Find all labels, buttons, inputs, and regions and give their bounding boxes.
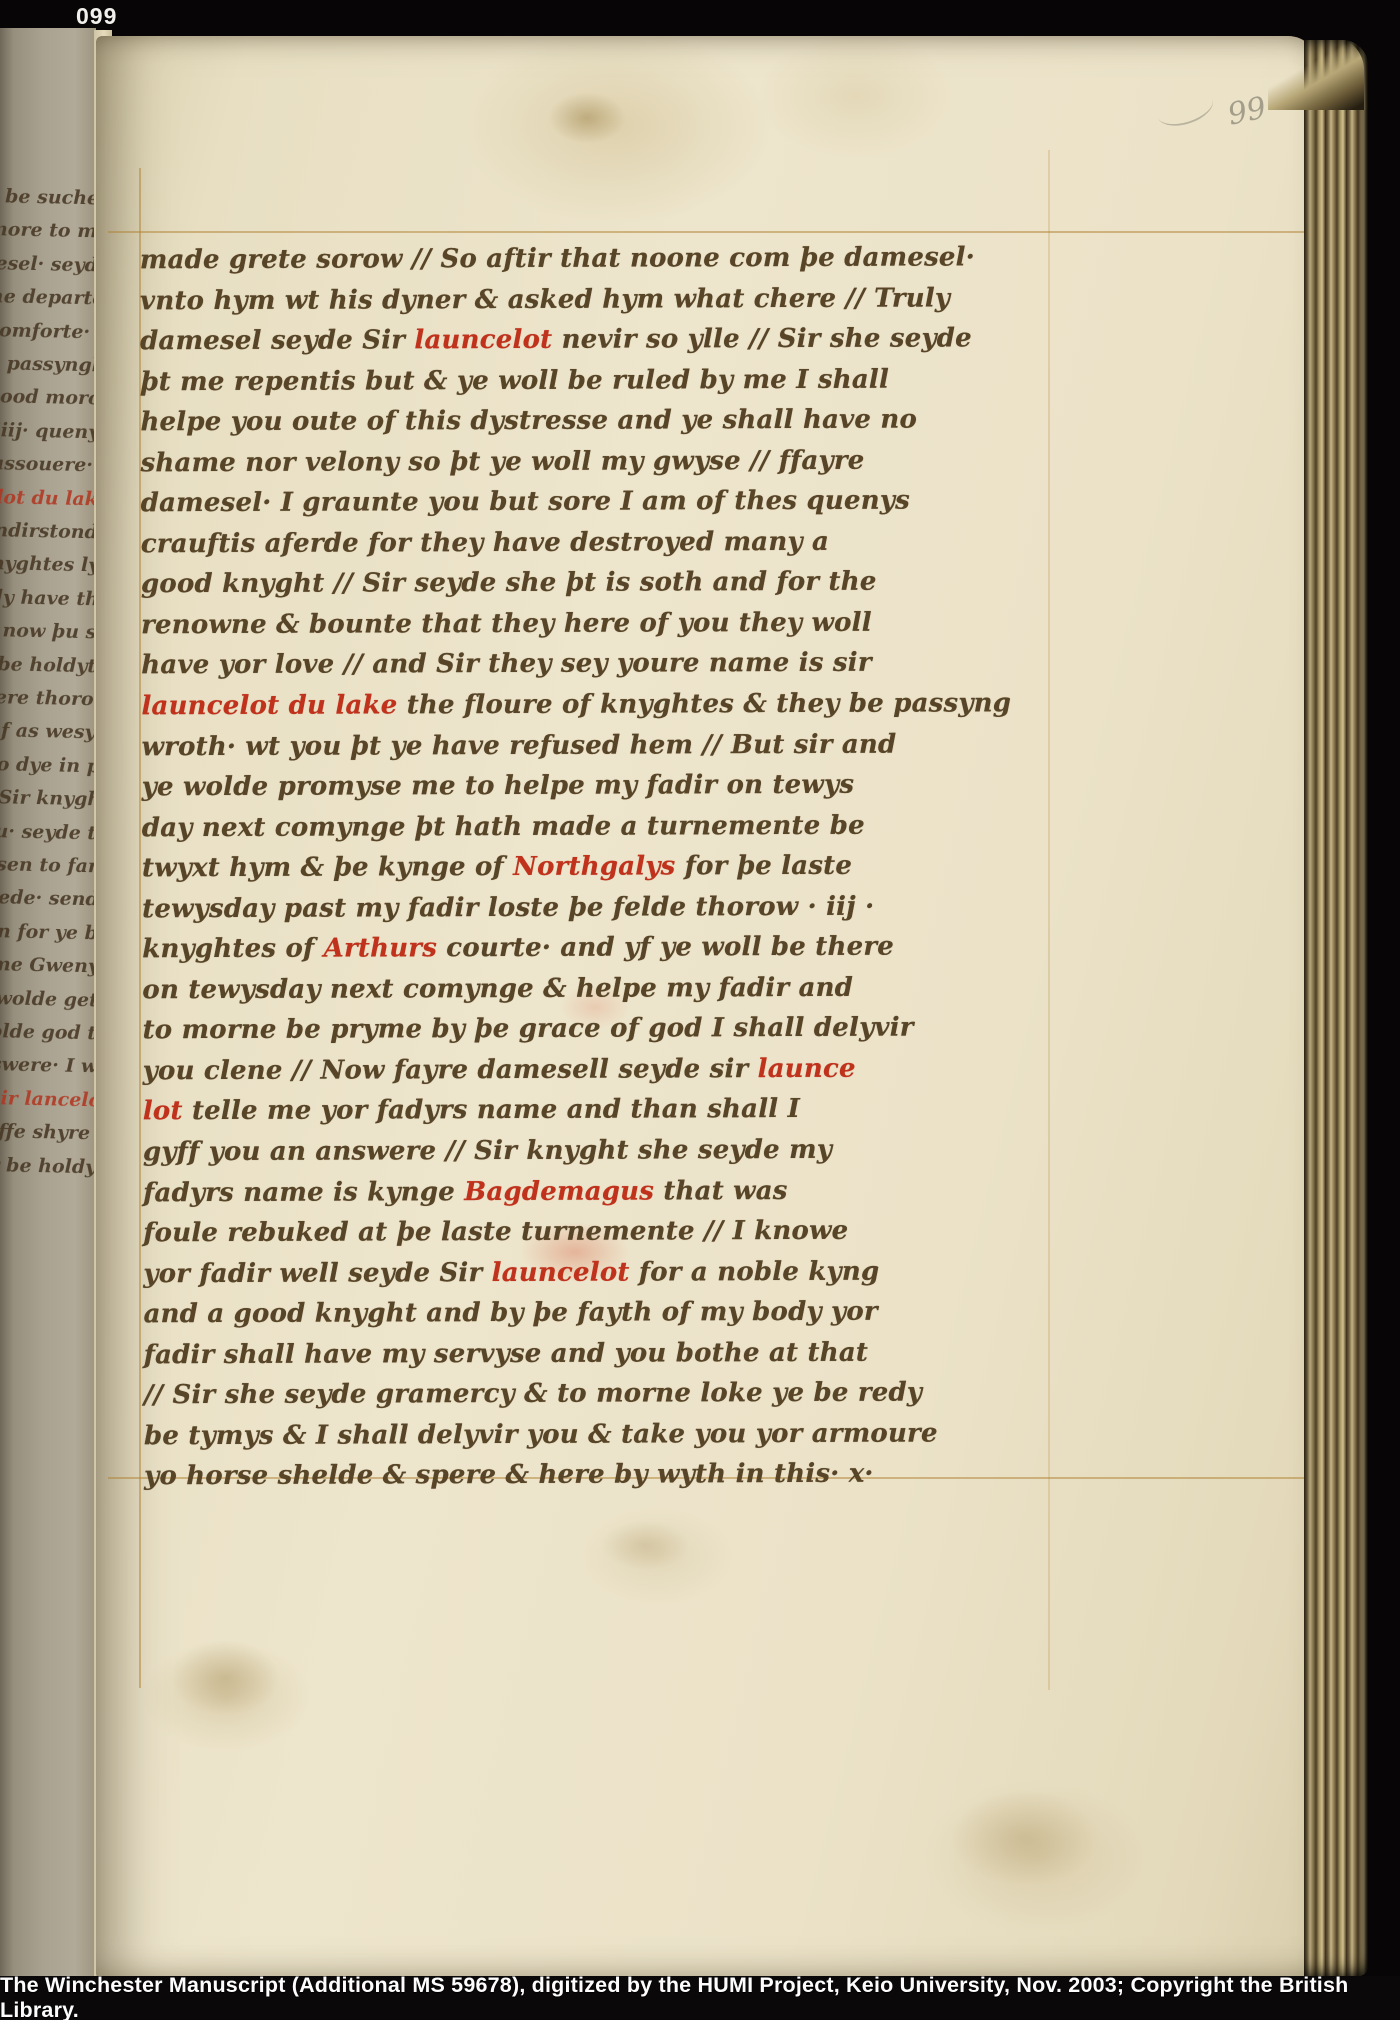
bleed-through-fragment: o she departed d — [0, 285, 96, 310]
rubricated-text: launcelot — [492, 1257, 630, 1287]
manuscript-text-block: made grete sorow // So aftir that noone … — [140, 243, 856, 1502]
ink-text: you clene // Now fayre damesell seyde si… — [143, 1054, 758, 1086]
manuscript-line: launcelot du lake the floure of knyghtes… — [141, 689, 853, 732]
ink-text: be tymys & I shall delyvir you & take yo… — [144, 1418, 938, 1451]
bleed-through-fragment: ame Gwenyv — [0, 953, 96, 978]
manuscript-photo-viewer: 099 t ye be suche an more to moamesel· s… — [0, 0, 1400, 2020]
manuscript-line: tewysday past my fadir loste þe felde th… — [142, 892, 854, 935]
rubricated-text: lot — [143, 1097, 183, 1127]
ink-text: renowne & bounte that they here of you t… — [141, 608, 872, 641]
bleed-through-fragment: celot du lake — [0, 485, 96, 510]
rubricated-text: launce — [758, 1054, 856, 1084]
ink-text: that was — [654, 1176, 788, 1206]
manuscript-line: wroth· wt you þt ye have refused hem // … — [142, 729, 854, 772]
bleed-through-fragment: y comforte· b — [0, 318, 96, 343]
ink-text: for þe laste — [675, 851, 852, 882]
manuscript-line: damesel seyde Sir launcelot nevir so yll… — [140, 324, 852, 367]
ruling-line-right — [1048, 150, 1050, 1690]
bleed-through-fragment: wolde gete — [0, 986, 96, 1011]
manuscript-line: and a good knyght and by þe fayth of my … — [143, 1297, 855, 1340]
ink-text: courte· and yf ye woll be there — [437, 932, 894, 964]
ink-text: foule rebuked at þe laste turnemente // … — [143, 1216, 848, 1248]
bleed-through-fragment: m good morow — [0, 385, 96, 410]
manuscript-line: knyghtes of Arthurs courte· and yf ye wo… — [142, 932, 854, 975]
fore-edge-top-corner — [1268, 36, 1364, 110]
image-sequence-label: 099 — [76, 3, 117, 30]
bleed-through-fragment: you· seyde th — [0, 819, 96, 844]
rubricated-text: launcelot — [414, 325, 552, 355]
manuscript-line: have yor love // and Sir they sey youre … — [141, 648, 853, 691]
manuscript-line: gyff you an answere // Sir knyght she se… — [143, 1135, 855, 1178]
ruling-line-top — [108, 231, 1308, 233]
ink-text: good knyght // Sir seyde she þt is soth … — [141, 567, 877, 600]
facing-page-gutter-strip: t ye be suche an more to moamesel· seyde… — [0, 28, 96, 1978]
bleed-through-fragment: were thorow — [0, 685, 96, 710]
ink-text: to morne be pryme by þe grace of god I s… — [142, 1013, 913, 1046]
manuscript-line: yor fadir well seyde Sir launcelot for a… — [143, 1256, 855, 1299]
ink-text: day next comynge þt hath made a turnemen… — [142, 810, 865, 843]
bleed-through-fragment: volde god th — [0, 1019, 96, 1044]
bleed-through-fragment: n for ye be — [0, 919, 96, 944]
bleed-through-fragment: n more to mo — [0, 218, 96, 243]
bleed-through-fragment: ssen to fare — [0, 852, 96, 877]
manuscript-line: made grete sorow // So aftir that noone … — [140, 243, 852, 286]
ink-text: the floure of knyghtes & they be passyng — [397, 688, 1011, 720]
bleed-through-fragment: e· iiij· quenys — [0, 418, 96, 443]
manuscript-line: crauftis aferde for they have destroyed … — [141, 527, 853, 570]
ink-text: wroth· wt you þt ye have refused hem // … — [142, 729, 897, 762]
ink-text: helpe you oute of this dystresse and ye … — [140, 405, 917, 438]
ink-text: yor fadir well seyde Sir — [143, 1258, 491, 1289]
ink-text: damesel· I graunte you but sore I am of … — [141, 486, 910, 519]
ink-text: on tewysday next comynge & helpe my fadi… — [142, 973, 853, 1005]
ink-text: // Sir she seyde gramercy & to morne lok… — [144, 1378, 922, 1411]
rubricated-text: Northgalys — [513, 852, 675, 883]
manuscript-line: day next comynge þt hath made a turnemen… — [142, 810, 854, 853]
bleed-through-fragment: e Sir knyght — [0, 786, 96, 811]
manuscript-line: vnto hym wt his dyner & asked hym what c… — [140, 283, 852, 326]
ink-text: shame nor velony so þt ye woll my gwyse … — [141, 445, 865, 478]
ink-text: yo horse shelde & spere & here by wyth i… — [144, 1459, 874, 1492]
book-fore-edge-pages — [1304, 40, 1368, 1976]
manuscript-line: ye wolde promyse me to helpe my fadir on… — [142, 770, 854, 813]
ink-text: telle me yor fadyrs name and than shall … — [183, 1094, 800, 1126]
bleed-through-fragment: t be holdyth — [0, 652, 96, 677]
ink-text: fadyrs name is kynge — [143, 1177, 464, 1208]
manuscript-line: be tymys & I shall delyvir you & take yo… — [144, 1419, 856, 1462]
manuscript-line: damesel· I graunte you but sore I am of … — [141, 486, 853, 529]
ink-text: vnto hym wt his dyner & asked hym what c… — [140, 283, 950, 316]
bleed-through-fragment: y knyghtes lyd — [0, 552, 96, 577]
manuscript-line: renowne & bounte that they here of you t… — [141, 608, 853, 651]
bleed-through-fragment: ys passyngly — [0, 351, 96, 376]
ink-text: tewysday past my fadir loste þe felde th… — [142, 891, 874, 924]
ink-text: fadir shall have my servyse and you both… — [144, 1337, 868, 1370]
manuscript-line: // Sir she seyde gramercy & to morne lok… — [144, 1378, 856, 1421]
bleed-through-fragment: e passouere· An — [0, 452, 96, 477]
bleed-through-fragment: effe shyre þ — [0, 1120, 96, 1145]
bleed-through-fragment: t ye be suche a — [0, 184, 96, 209]
ink-text: þt me repentis but & ye woll be ruled by… — [140, 364, 889, 397]
rubricated-text: Bagdemagus — [464, 1176, 654, 1207]
ink-text: made grete sorow // So aftir that noone … — [140, 242, 975, 275]
ink-text: damesel seyde Sir — [140, 325, 414, 356]
manuscript-line: to morne be pryme by þe grace of god I s… — [142, 1013, 854, 1056]
bleed-through-fragment: amesel· seyde — [0, 251, 96, 276]
ink-text: ye wolde promyse me to helpe my fadir on… — [142, 770, 855, 802]
bleed-through-fragment: f as wesyll — [0, 719, 96, 744]
bleed-through-fragment: nswere· I wo — [0, 1053, 96, 1078]
rubricated-text: Arthurs — [324, 934, 438, 964]
manuscript-line: twyxt hym & þe kynge of Northgalys for þ… — [142, 851, 854, 894]
bleed-through-fragment: y be holdyn — [0, 1153, 96, 1178]
manuscript-line: þt me repentis but & ye woll be ruled by… — [140, 364, 852, 407]
manuscript-line: foule rebuked at þe laste turnemente // … — [143, 1216, 855, 1259]
rubricated-text: launcelot du lake — [141, 690, 397, 721]
caption-text: The Winchester Manuscript (Additional MS… — [0, 1973, 1400, 2020]
ink-text: and a good knyght and by þe fayth of my … — [143, 1297, 877, 1330]
ink-text: have yor love // and Sir they sey youre … — [141, 648, 872, 681]
ink-text: crauftis aferde for they have destroyed … — [141, 527, 829, 559]
manuscript-line: fadyrs name is kynge Bagdemagus that was — [143, 1175, 855, 1218]
bleed-through-fragment: to dye in pr — [0, 752, 96, 777]
manuscript-line: shame nor velony so þt ye woll my gwyse … — [141, 445, 853, 488]
ink-text: gyff you an answere // Sir knyght she se… — [143, 1135, 832, 1167]
ink-text: knyghtes of — [142, 934, 323, 965]
manuscript-line: you clene // Now fayre damesell seyde si… — [143, 1054, 855, 1097]
manuscript-line: lot telle me yor fadyrs name and than sh… — [143, 1094, 855, 1137]
bleed-through-fragment: e vndirstonde — [0, 518, 96, 543]
caption-bar: The Winchester Manuscript (Additional MS… — [0, 1976, 1400, 2020]
ink-text: twyxt hym & þe kynge of — [142, 852, 513, 883]
ink-text: nevir so ylle // Sir she seyde — [552, 323, 972, 354]
bleed-through-fragment: e stede· sende — [0, 886, 96, 911]
bleed-through-fragment: Sir lancelot — [0, 1086, 96, 1111]
manuscript-line: helpe you oute of this dystresse and ye … — [140, 405, 852, 448]
bleed-through-fragment: e & now þu sh — [0, 619, 96, 644]
manuscript-line: yo horse shelde & spere & here by wyth i… — [144, 1459, 856, 1502]
manuscript-line: good knyght // Sir seyde she þt is soth … — [141, 567, 853, 610]
ink-text: for a noble kyng — [630, 1256, 880, 1287]
manuscript-line: fadir shall have my servyse and you both… — [144, 1338, 856, 1381]
bleed-through-fragment: dy have thy — [0, 585, 96, 610]
manuscript-line: on tewysday next comynge & helpe my fadi… — [142, 973, 854, 1016]
